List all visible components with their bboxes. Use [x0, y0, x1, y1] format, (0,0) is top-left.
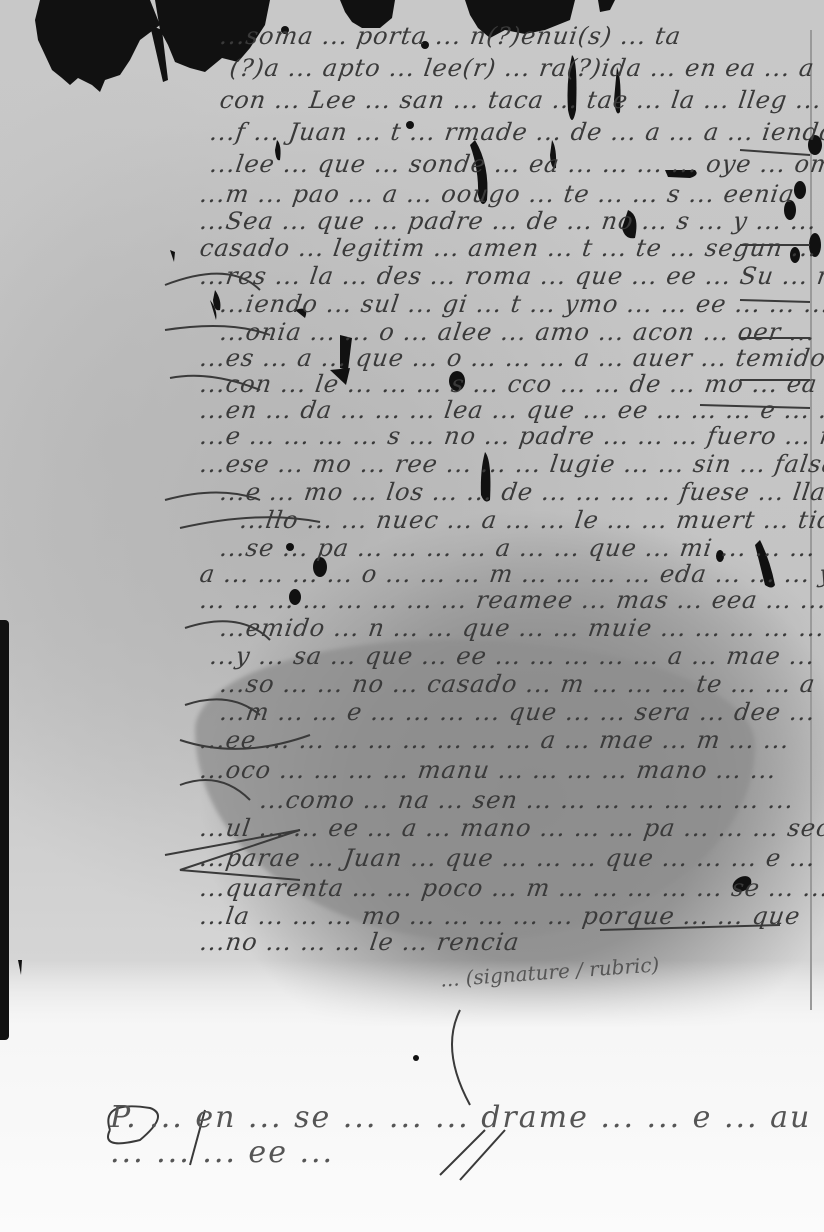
- text-line: ...m ... pao ... a ... oougo ... te ... …: [198, 180, 797, 208]
- text-line: ...quarenta ... ... poco ... m ... ... .…: [198, 874, 824, 902]
- text-line: ...la ... ... ... mo ... ... ... ... ...…: [198, 902, 802, 930]
- text-line: ...e ... ... ... ... s ... no ... padre …: [198, 422, 824, 450]
- text-line: con ... Lee ... san ... taca ... tae ...…: [218, 86, 824, 114]
- text-line: ...como ... na ... sen ... ... ... ... .…: [258, 786, 796, 814]
- text-line: ...en ... da ... ... ... lea ... que ...…: [198, 396, 824, 424]
- text-line: ...es ... a ... que ... o ... ... ... a …: [198, 344, 824, 372]
- text-line: ...onia ... ... o ... alee ... amo ... a…: [218, 318, 824, 346]
- text-line: ...llo ... ... nuec ... a ... ... le ...…: [238, 506, 824, 534]
- footer-annotation: P. ... en ... se ... ... ... drame ... .…: [110, 1100, 824, 1170]
- text-line: ... ... ... ... ... ... ... ... reamee .…: [198, 586, 824, 614]
- text-line: ...e ... mo ... los ... ... de ... ... .…: [218, 478, 824, 506]
- text-line: ...so ... ... no ... casado ... m ... ..…: [218, 670, 824, 698]
- text-line: a ... ... ... ... o ... ... ... m ... ..…: [198, 560, 824, 588]
- faded-paper-bottom: [0, 960, 824, 1232]
- text-line: ...con ... le ... ... ... s ... cco ... …: [198, 370, 824, 398]
- manuscript-page: ...soma ... porta ... n(?)enui(s) ... ta…: [0, 0, 824, 1232]
- text-line: ...lee ... que ... sonde ... ea ... ... …: [208, 150, 824, 178]
- text-line: ...se ... pa ... ... ... ... a ... ... q…: [218, 534, 824, 562]
- text-line: casado ... legitim ... amen ... t ... te…: [198, 234, 824, 262]
- text-line: ...y ... sa ... que ... ee ... ... ... .…: [208, 642, 824, 670]
- text-line: ...oco ... ... ... ... manu ... ... ... …: [198, 756, 779, 784]
- binding-edge-shadow: [0, 620, 9, 1040]
- text-line: ...soma ... porta ... n(?)enui(s) ... ta: [218, 22, 683, 50]
- text-line: ...res ... la ... des ... roma ... que .…: [198, 262, 824, 290]
- text-line: ...m ... ... e ... ... ... ... que ... .…: [218, 698, 824, 726]
- text-line: ...ese ... mo ... ree ... ... ... lugie …: [198, 450, 824, 478]
- text-line: ...ul ... ... ee ... a ... mano ... ... …: [198, 814, 824, 842]
- text-line: ...Sea ... que ... padre ... de ... no .…: [198, 207, 824, 235]
- text-line: ...emido ... n ... ... que ... ... muie …: [218, 614, 824, 642]
- text-line: (?)a ... apto ... lee(r) ... ra(?)ida ..…: [228, 54, 816, 82]
- text-line: ...f ... Juan ... t ... rmade ... de ...…: [208, 118, 824, 146]
- text-line: ...ee ... ... ... ... ... ... ... ... a …: [198, 726, 792, 754]
- text-line: ...parae ... Juan ... que ... ... ... qu…: [198, 844, 824, 872]
- text-line: ...no ... ... ... le ... rencia: [198, 928, 521, 956]
- text-line: ...iendo ... sul ... gi ... t ... ymo ..…: [218, 290, 824, 318]
